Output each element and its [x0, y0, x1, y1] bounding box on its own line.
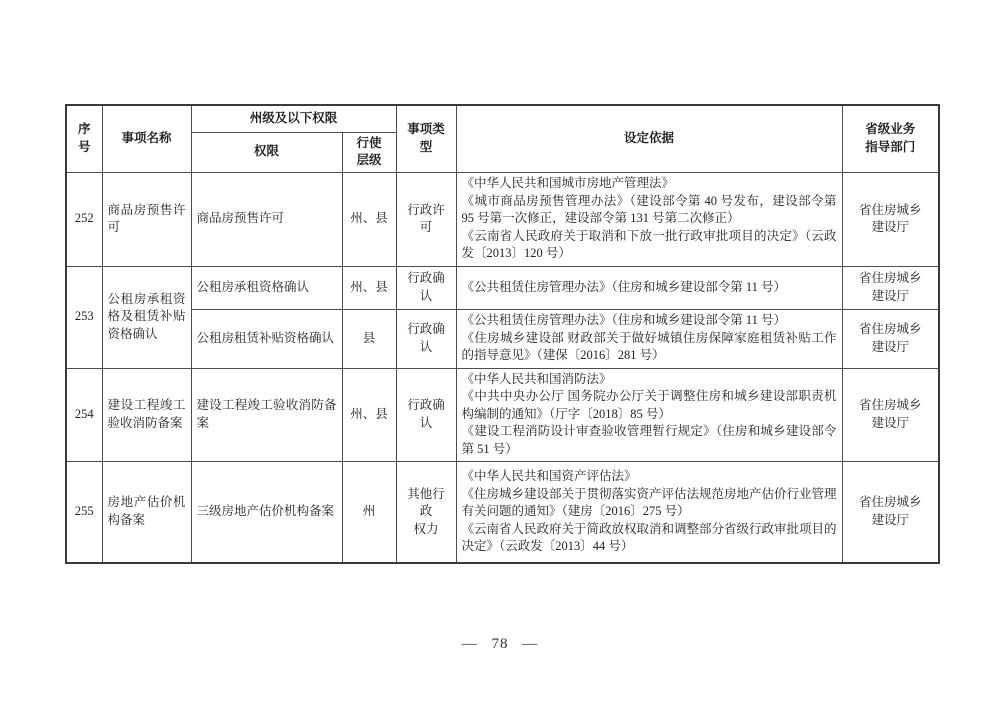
- cell-seq-no: 254: [66, 368, 102, 461]
- header-item-name: 事项名称: [102, 105, 191, 172]
- header-provincial-dept: 省级业务 指导部门: [842, 105, 939, 172]
- page-number: — 78 —: [0, 636, 1000, 653]
- cell-authority: 商品房预售许可: [191, 172, 342, 266]
- table-row-255: 255 房地产估价机构备案 三级房地产估价机构备案 州 其他行政 权力 《中华人…: [66, 461, 939, 563]
- cell-item-type: 行政确认: [396, 309, 456, 368]
- header-seq-no: 序 号: [66, 105, 102, 172]
- header-authority: 权限: [191, 132, 342, 172]
- cell-provincial-dept: 省住房城乡 建设厅: [842, 266, 939, 309]
- cell-item-name: 商品房预售许可: [102, 172, 191, 266]
- table-row-253-sub-1: 253 公租房承租资格及租赁补贴资格确认 公租房承租资格确认 州、县 行政确认 …: [66, 266, 939, 309]
- cell-setting-basis: 《中华人民共和国消防法》 《中共中央办公厅 国务院办公厅关于调整住房和城乡建设部…: [456, 368, 842, 461]
- header-item-type: 事项类型: [396, 105, 456, 172]
- cell-provincial-dept: 省住房城乡 建设厅: [842, 368, 939, 461]
- cell-item-type: 其他行政 权力: [396, 461, 456, 563]
- cell-provincial-dept: 省住房城乡 建设厅: [842, 309, 939, 368]
- header-prefecture-authority-group: 州级及以下权限: [191, 105, 396, 132]
- cell-seq-no: 252: [66, 172, 102, 266]
- cell-item-name: 公租房承租资格及租赁补贴资格确认: [102, 266, 191, 368]
- cell-seq-no: 253: [66, 266, 102, 368]
- cell-exercise-level: 州: [342, 461, 396, 563]
- cell-item-name: 建设工程竣工验收消防备案: [102, 368, 191, 461]
- cell-setting-basis: 《公共租赁住房管理办法》（住房和城乡建设部令第 11 号） 《住房城乡建设部 财…: [456, 309, 842, 368]
- cell-provincial-dept: 省住房城乡 建设厅: [842, 461, 939, 563]
- authority-items-table: 序 号 事项名称 州级及以下权限 事项类型 设定依据 省级业务 指导部门 权限 …: [65, 104, 940, 564]
- cell-item-name: 房地产估价机构备案: [102, 461, 191, 563]
- cell-item-type: 行政确认: [396, 266, 456, 309]
- cell-item-type: 行政确认: [396, 368, 456, 461]
- cell-setting-basis: 《公共租赁住房管理办法》（住房和城乡建设部令第 11 号）: [456, 266, 842, 309]
- cell-provincial-dept: 省住房城乡 建设厅: [842, 172, 939, 266]
- cell-authority: 公租房承租资格确认: [191, 266, 342, 309]
- table-row-252: 252 商品房预售许可 商品房预售许可 州、县 行政许可 《中华人民共和国城市房…: [66, 172, 939, 266]
- cell-authority: 建设工程竣工验收消防备案: [191, 368, 342, 461]
- cell-authority: 三级房地产估价机构备案: [191, 461, 342, 563]
- cell-exercise-level: 州、县: [342, 172, 396, 266]
- document-page: 序 号 事项名称 州级及以下权限 事项类型 设定依据 省级业务 指导部门 权限 …: [0, 0, 1000, 707]
- table-header-row-1: 序 号 事项名称 州级及以下权限 事项类型 设定依据 省级业务 指导部门: [66, 105, 939, 132]
- cell-exercise-level: 州、县: [342, 368, 396, 461]
- cell-seq-no: 255: [66, 461, 102, 563]
- table-row-253-sub-2: 公租房租赁补贴资格确认 县 行政确认 《公共租赁住房管理办法》（住房和城乡建设部…: [66, 309, 939, 368]
- cell-item-type: 行政许可: [396, 172, 456, 266]
- header-setting-basis: 设定依据: [456, 105, 842, 172]
- cell-exercise-level: 州、县: [342, 266, 396, 309]
- cell-exercise-level: 县: [342, 309, 396, 368]
- table-row-254: 254 建设工程竣工验收消防备案 建设工程竣工验收消防备案 州、县 行政确认 《…: [66, 368, 939, 461]
- header-exercise-level: 行使 层级: [342, 132, 396, 172]
- cell-authority: 公租房租赁补贴资格确认: [191, 309, 342, 368]
- cell-setting-basis: 《中华人民共和国资产评估法》 《住房城乡建设部关于贯彻落实资产评估法规范房地产估…: [456, 461, 842, 563]
- cell-setting-basis: 《中华人民共和国城市房地产管理法》 《城市商品房预售管理办法》（建设部令第 40…: [456, 172, 842, 266]
